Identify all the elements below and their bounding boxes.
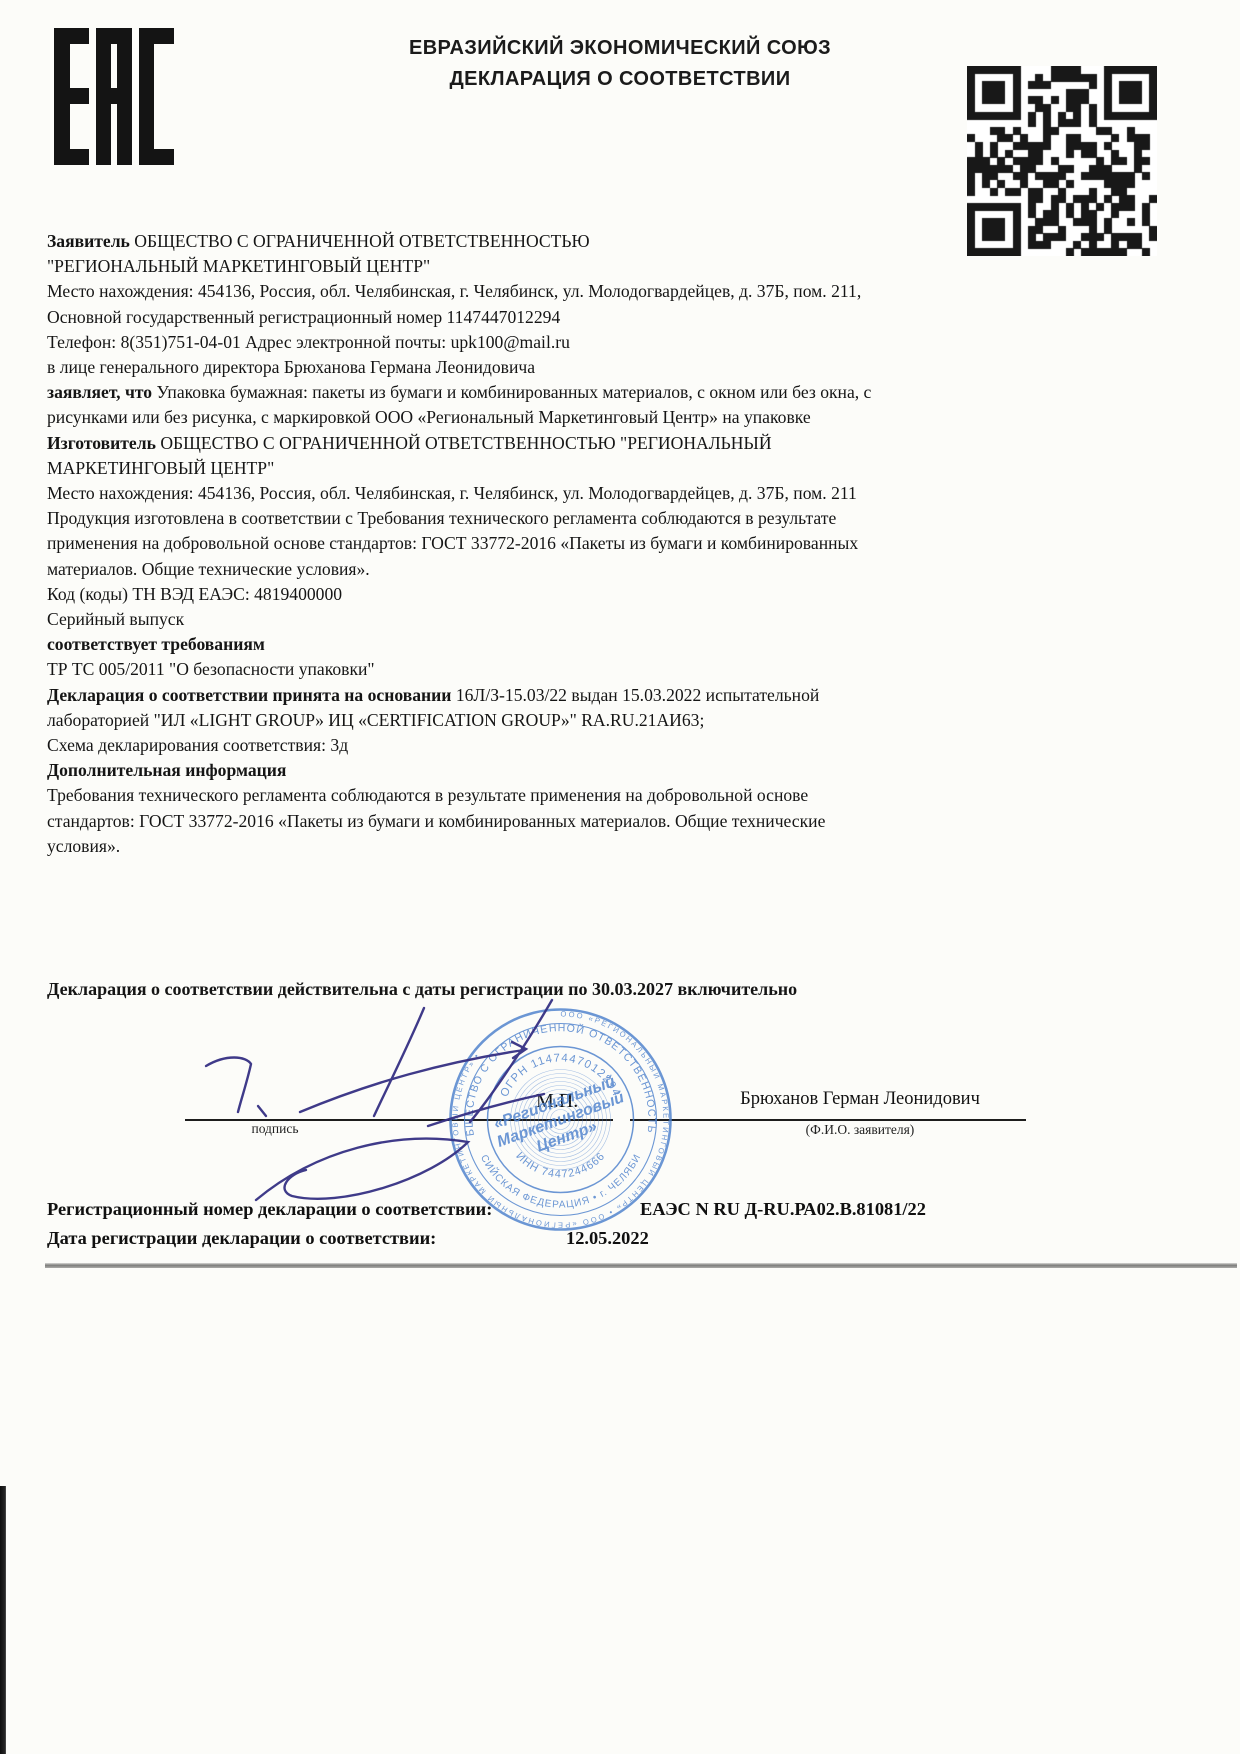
declaration-document: ЕВРАЗИЙСКИЙ ЭКОНОМИЧЕСКИЙ СОЮЗ ДЕКЛАРАЦИ… (0, 0, 1240, 1754)
paragraph: Декларация о соответствии принята на осн… (47, 683, 1022, 733)
eac-logo-icon (54, 28, 174, 165)
reg-date-value: 12.05.2022 (566, 1228, 649, 1249)
paragraph: Схема декларирования соответствия: 3д (47, 733, 1022, 758)
applicant-name: Брюханов Герман Леонидович (660, 1089, 1060, 1110)
header-title: ЕВРАЗИЙСКИЙ ЭКОНОМИЧЕСКИЙ СОЮЗ ДЕКЛАРАЦИ… (220, 33, 1020, 95)
paragraph: Место нахождения: 454136, Россия, обл. Ч… (47, 279, 1022, 304)
applicant-name-line (630, 1119, 1026, 1121)
paragraph: заявляет, что Упаковка бумажная: пакеты … (47, 380, 1022, 430)
title-line-1: ЕВРАЗИЙСКИЙ ЭКОНОМИЧЕСКИЙ СОЮЗ (220, 33, 1020, 64)
paragraph: Изготовитель ОБЩЕСТВО С ОГРАНИЧЕННОЙ ОТВ… (47, 431, 1022, 481)
reg-number-row: Регистрационный номер декларации о соотв… (47, 1199, 1177, 1226)
reg-date-row: Дата регистрации декларации о соответств… (47, 1228, 1177, 1255)
qr-code (967, 66, 1157, 256)
reg-number-label: Регистрационный номер декларации о соотв… (47, 1199, 492, 1219)
fio-caption: (Ф.И.О. заявителя) (660, 1122, 1060, 1138)
paragraph: Дополнительная информация (47, 758, 1022, 783)
divider-line (45, 1263, 1237, 1268)
paragraph: соответствует требованиям (47, 632, 1022, 657)
signature-caption: подпись (210, 1121, 340, 1137)
paragraph: Требования технического регламента соблю… (47, 783, 1022, 859)
validity-line: Декларация о соответствии действительна … (47, 977, 1177, 1001)
title-line-2: ДЕКЛАРАЦИЯ О СООТВЕТСТВИИ (220, 64, 1020, 95)
body-text: Заявитель ОБЩЕСТВО С ОГРАНИЧЕННОЙ ОТВЕТС… (47, 229, 1022, 859)
qr-code-icon (967, 66, 1157, 256)
paragraph: Код (коды) ТН ВЭД ЕАЭС: 4819400000 (47, 582, 1022, 607)
paragraph: Место нахождения: 454136, Россия, обл. Ч… (47, 481, 1022, 506)
paragraph: Серийный выпуск (47, 607, 1022, 632)
scan-artifact-strip (0, 1486, 6, 1754)
paragraph: Заявитель ОБЩЕСТВО С ОГРАНИЧЕННОЙ ОТВЕТС… (47, 229, 1022, 279)
eac-logo (54, 28, 174, 165)
paragraph: Основной государственный регистрационный… (47, 305, 1022, 330)
paragraph: Продукция изготовлена в соответствии с Т… (47, 506, 1022, 582)
paragraph: ТР ТС 005/2011 "О безопасности упаковки" (47, 657, 1022, 682)
paragraph: Телефон: 8(351)751-04-01 Адрес электронн… (47, 330, 1022, 355)
reg-number-value: ЕАЭС N RU Д-RU.РА02.В.81081/22 (640, 1199, 926, 1220)
paragraph: в лице генерального директора Брюханова … (47, 355, 1022, 380)
reg-date-label: Дата регистрации декларации о соответств… (47, 1228, 436, 1248)
